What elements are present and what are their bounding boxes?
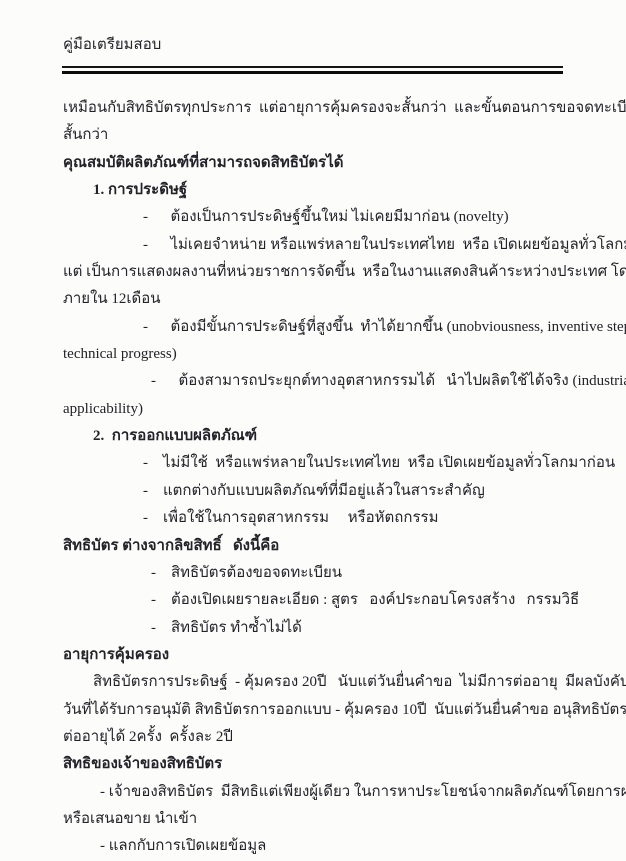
page-header-title: คู่มือเตรียมสอบ: [63, 32, 161, 56]
bullet-item: - ต้องสามารถประยุกต์ทางอุตสาหกรรมได้ นำไ…: [63, 368, 611, 395]
paragraph-line: เหมือนกับสิทธิบัตรทุกประการ แต่อายุการคุ…: [63, 95, 611, 122]
document-body: เหมือนกับสิทธิบัตรทุกประการ แต่อายุการคุ…: [63, 95, 611, 861]
bullet-item: - ต้องมีขั้นการประดิษฐ์ที่สูงขึ้น ทำได้ย…: [63, 314, 611, 341]
section-heading-qualifications: คุณสมบัติผลิตภัณฑ์ที่สามารถจดสิทธิบัตรได…: [63, 150, 611, 177]
paragraph-line: ต่ออายุได้ 2ครั้ง ครั้งละ 2ปี: [63, 724, 611, 751]
section-heading-owner-rights: สิทธิของเจ้าของสิทธิบัตร: [63, 751, 611, 778]
paragraph-line: applicability): [63, 396, 611, 423]
header-divider: [62, 66, 563, 74]
paragraph-line: แต่ เป็นการแสดงผลงานที่หน่วยราชการจัดขึ้…: [63, 259, 611, 286]
bullet-item: - สิทธิบัตรต้องขอจดทะเบียน: [63, 560, 611, 587]
heading-invention: 1. การประดิษฐ์: [63, 177, 611, 204]
paragraph-line: technical progress): [63, 341, 611, 368]
paragraph-line: ภายใน 12เดือน: [63, 286, 611, 313]
section-heading-patent-vs-copyright: สิทธิบัตร ต่างจากลิขสิทธิ์ ดังนี้คือ: [63, 533, 611, 560]
document-page: คู่มือเตรียมสอบ เหมือนกับสิทธิบัตรทุกประ…: [0, 0, 626, 861]
bullet-item: - แลกกับการเปิดเผยข้อมูล: [63, 833, 611, 860]
bullet-item: - แตกต่างกับแบบผลิตภัณฑ์ที่มีอยู่แล้วในส…: [63, 478, 611, 505]
bullet-item: - ต้องเปิดเผยรายละเอียด : สูตร องค์ประกอ…: [63, 587, 611, 614]
bullet-item: - ต้องเป็นการประดิษฐ์ขึ้นใหม่ ไม่เคยมีมา…: [63, 204, 611, 231]
paragraph-line: สั้นกว่า: [63, 122, 611, 149]
bullet-item: - ไม่มีใช้ หรือแพร่หลายในประเทศไทย หรือ …: [63, 450, 611, 477]
bullet-item: - เพื่อใช้ในการอุตสาหกรรม หรือหัตถกรรม: [63, 505, 611, 532]
paragraph-line: สิทธิบัตรการประดิษฐ์ - คุ้มครอง 20ปี นับ…: [63, 669, 611, 696]
bullet-item: - สิทธิบัตร ทำซ้ำไม่ได้: [63, 615, 611, 642]
paragraph-line: วันที่ได้รับการอนุมัติ สิทธิบัตรการออกแบ…: [63, 697, 611, 724]
bullet-item: - ไม่เคยจำหน่าย หรือแพร่หลายในประเทศไทย …: [63, 232, 611, 259]
section-heading-protection-period: อายุการคุ้มครอง: [63, 642, 611, 669]
heading-product-design: 2. การออกแบบผลิตภัณฑ์: [63, 423, 611, 450]
paragraph-line: หรือเสนอขาย นำเข้า: [63, 806, 611, 833]
bullet-item: - เจ้าของสิทธิบัตร มีสิทธิแต่เพียงผู้เดี…: [63, 779, 611, 806]
